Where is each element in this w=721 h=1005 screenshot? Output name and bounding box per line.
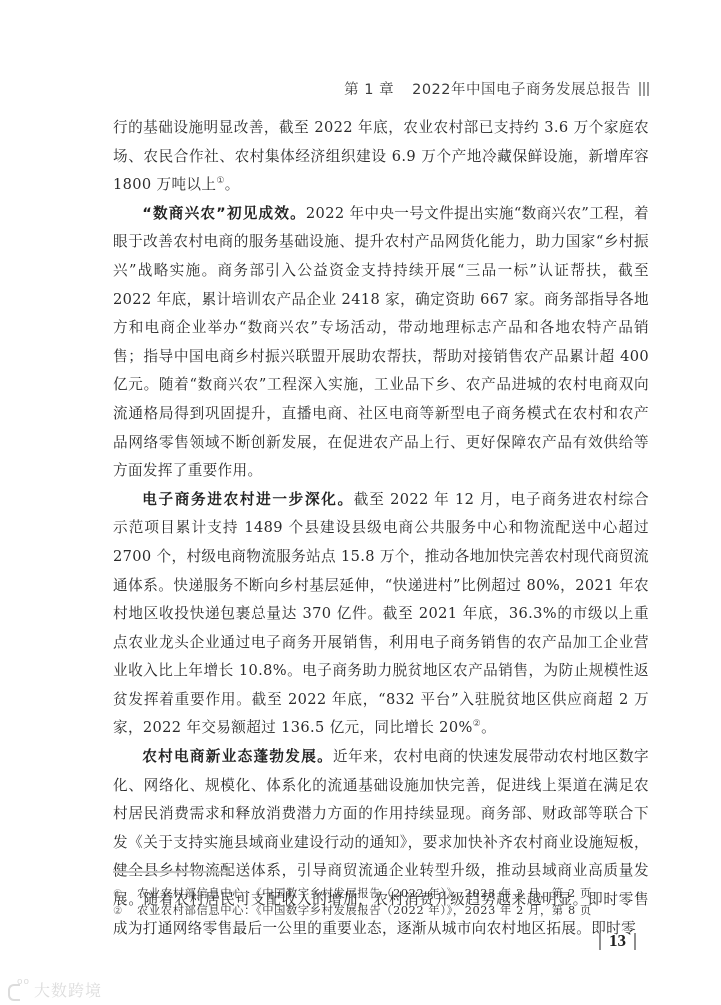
chapter-label: 第 1 章 [344,78,394,99]
paragraph-text: 截至 2022 年 12 月，电子商务进农村综合示范项目累计支持 1489 个县… [113,491,649,737]
running-header: 第 1 章 2022年中国电子商务发展总报告 [344,78,649,99]
footnote-ref-2[interactable]: ② [473,719,481,729]
footnote-divider [113,871,235,873]
footnote-1: ① 农业农村部信息中心：《中国数字乡村发展报告（2022 年）》，2023 年 … [113,886,653,903]
chapter-title: 2022年中国电子商务发展总报告 [412,78,631,99]
paragraph-shushang-xingnong: “数商兴农”初见成效。2022 年中央一号文件提出实施“数商兴农”工程，着眼于改… [113,200,649,486]
footnote-text: 农业农村部信息中心：《中国数字乡村发展报告（2022 年）》，2023 年 2 … [137,903,592,920]
paragraph-text: 2022 年中央一号文件提出实施“数商兴农”工程，着眼于改善农村电商的服务基础设… [113,205,649,479]
footnotes: ① 农业农村部信息中心：《中国数字乡村发展报告（2022 年）》，2023 年 … [113,886,653,919]
paragraph-tail: 。 [481,719,496,736]
page-number: 13 [599,931,636,951]
footnote-ref-1[interactable]: ① [216,176,224,186]
body-text: 行的基础设施明显改善，截至 2022 年底，农业农村部已支持约 3.6 万个家庭… [113,114,649,943]
watermark: 大数跨境 [6,978,102,1001]
paragraph-lead: 农村电商新业态蓬勃发展。 [142,748,333,765]
watermark-logo-icon [6,981,30,999]
watermark-text: 大数跨境 [34,978,102,1001]
paragraph-text: 行的基础设施明显改善，截至 2022 年底，农业农村部已支持约 3.6 万个家庭… [113,119,649,193]
paragraph-lead: “数商兴农”初见成效。 [142,205,306,222]
footnote-marker: ② [113,903,137,920]
footnote-text: 农业农村部信息中心：《中国数字乡村发展报告（2022 年）》，2023 年 2 … [137,886,592,903]
paragraph-continuation: 行的基础设施明显改善，截至 2022 年底，农业农村部已支持约 3.6 万个家庭… [113,114,649,200]
header-bars-ornament [639,82,649,96]
paragraph-lead: 电子商务进农村进一步深化。 [142,491,354,508]
page-number-value: 13 [609,931,626,951]
page-number-left-bar [599,933,601,950]
footnote-2: ② 农业农村部信息中心：《中国数字乡村发展报告（2022 年）》，2023 年 … [113,903,653,920]
footnote-marker: ① [113,886,137,903]
paragraph-ecommerce-rural: 电子商务进农村进一步深化。截至 2022 年 12 月，电子商务进农村综合示范项… [113,486,649,743]
page-number-right-bar [634,933,636,950]
paragraph-tail: 。 [225,176,240,193]
